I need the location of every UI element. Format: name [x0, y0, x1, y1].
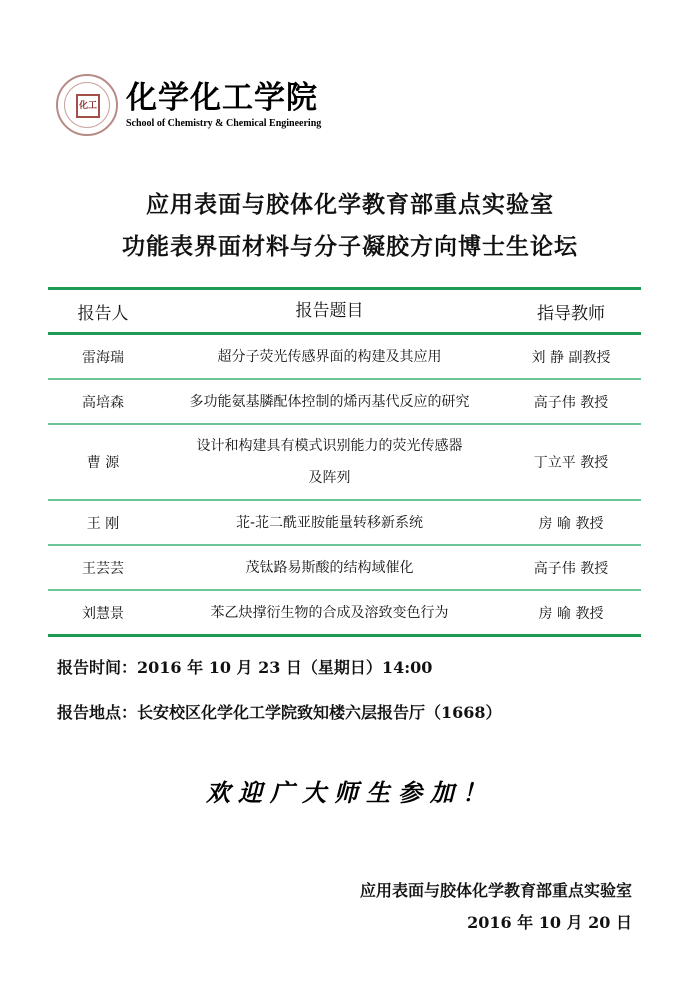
speaker-cell: 曹 源 — [48, 452, 158, 472]
school-brand: 化学化工学院 School of Chemistry & Chemical En… — [126, 80, 321, 130]
topic-cell: 苝-苝二酰亚胺能量转移新系统 — [158, 507, 501, 539]
footer-date: 2016 年 10 月 20 日 — [467, 910, 632, 933]
speaker-cell: 雷海瑞 — [48, 347, 158, 367]
school-name-en: School of Chemistry & Chemical Engineeri… — [126, 118, 321, 130]
table-row: 雷海瑞 超分子荧光传感界面的构建及其应用 刘 静 副教授 — [48, 335, 641, 378]
report-place-value: 长安校区化学化工学院致知楼六层报告厅（1668） — [137, 703, 502, 722]
school-name-cn: 化学化工学院 — [126, 80, 321, 116]
topic-cell: 超分子荧光传感界面的构建及其应用 — [158, 341, 501, 373]
school-header: 化工 化学化工学院 School of Chemistry & Chemical… — [56, 72, 321, 138]
report-place: 报告地点：长安校区化学化工学院致知楼六层报告厅（1668） — [57, 700, 502, 723]
speaker-cell: 王 刚 — [48, 513, 158, 533]
report-place-label: 报告地点： — [57, 703, 137, 722]
speaker-cell: 刘慧景 — [48, 603, 158, 623]
title-line-2: 功能表界面材料与分子凝胶方向博士生论坛 — [0, 228, 700, 261]
header-speaker: 报告人 — [48, 299, 158, 324]
table-row: 王 刚 苝-苝二酰亚胺能量转移新系统 房 喻 教授 — [48, 501, 641, 544]
advisor-cell: 高子伟 教授 — [501, 558, 641, 578]
table-rule-bottom — [48, 634, 641, 637]
table-row: 高培森 多功能氨基膦配体控制的烯丙基代反应的研究 高子伟 教授 — [48, 380, 641, 423]
topic-cell: 多功能氨基膦配体控制的烯丙基代反应的研究 — [158, 386, 501, 418]
header-advisor: 指导教师 — [501, 299, 641, 324]
table-row: 刘慧景 苯乙炔撑衍生物的合成及溶致变色行为 房 喻 教授 — [48, 591, 641, 634]
topic-line-2: 及阵列 — [158, 462, 501, 494]
speaker-cell: 高培森 — [48, 392, 158, 412]
school-seal-icon: 化工 — [56, 74, 118, 136]
advisor-cell: 房 喻 教授 — [501, 603, 641, 623]
footer-organizer: 应用表面与胶体化学教育部重点实验室 — [360, 878, 632, 901]
seal-core: 化工 — [76, 94, 100, 118]
welcome-message: 欢迎广大师生参加！ — [0, 773, 700, 808]
topic-cell: 茂钛路易斯酸的结构域催化 — [158, 552, 501, 584]
report-time: 报告时间：2016 年 10 月 23 日（星期日）14:00 — [57, 655, 432, 678]
table-row: 王芸芸 茂钛路易斯酸的结构域催化 高子伟 教授 — [48, 546, 641, 589]
title-line-1: 应用表面与胶体化学教育部重点实验室 — [0, 186, 700, 219]
advisor-cell: 高子伟 教授 — [501, 392, 641, 412]
header-topic: 报告题目 — [158, 295, 501, 327]
advisor-cell: 丁立平 教授 — [501, 452, 641, 472]
advisor-cell: 房 喻 教授 — [501, 513, 641, 533]
report-time-value: 2016 年 10 月 23 日（星期日）14:00 — [137, 658, 432, 677]
topic-line-1: 设计和构建具有模式识别能力的荧光传感器 — [158, 430, 501, 462]
table-row: 曹 源 设计和构建具有模式识别能力的荧光传感器 及阵列 丁立平 教授 — [48, 425, 641, 499]
advisor-cell: 刘 静 副教授 — [501, 347, 641, 367]
speaker-cell: 王芸芸 — [48, 558, 158, 578]
schedule-table: 报告人 报告题目 指导教师 雷海瑞 超分子荧光传感界面的构建及其应用 刘 静 副… — [48, 287, 641, 637]
topic-cell: 苯乙炔撑衍生物的合成及溶致变色行为 — [158, 597, 501, 629]
table-header-row: 报告人 报告题目 指导教师 — [48, 290, 641, 332]
report-time-label: 报告时间： — [57, 658, 137, 677]
topic-cell: 设计和构建具有模式识别能力的荧光传感器 及阵列 — [158, 430, 501, 494]
